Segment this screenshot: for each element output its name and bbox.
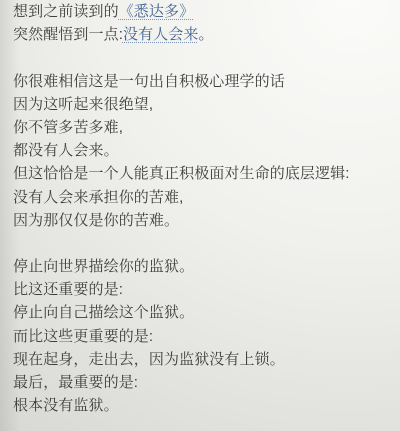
text-line: 最后，最重要的是:: [13, 371, 394, 394]
text-segment: 想到之前读到的: [13, 3, 119, 20]
text-segment: 停止向自己描绘这个监狱。: [13, 304, 194, 321]
text-segment: 现在起身，走出去，因为监狱没有上锁。: [13, 351, 285, 368]
dotted-underline-link[interactable]: 没有人会来: [123, 26, 199, 43]
text-line: 停止向世界描绘你的监狱。: [13, 255, 394, 278]
text-segment: 因为这听起来很绝望,: [13, 96, 153, 113]
text-line: 停止向自己描绘这个监狱。: [13, 301, 394, 324]
text-line: 没有人会来承担你的苦难,: [13, 186, 394, 209]
text-segment: 没有人会来承担你的苦难,: [13, 189, 183, 206]
text-segment: 比这还重要的是:: [13, 281, 123, 298]
text-line: 都没有人会来。: [13, 139, 394, 162]
text-line: 而比这些更重要的是:: [13, 325, 394, 348]
text-segment: 停止向世界描绘你的监狱。: [13, 258, 194, 275]
text-line: 突然醒悟到一点:没有人会来。: [13, 23, 394, 46]
text-segment: 你很难相信这是一句出自积极心理学的话: [13, 73, 285, 90]
text-line: 根本没有监狱。: [13, 394, 394, 417]
text-line: 现在起身，走出去，因为监狱没有上锁。: [13, 348, 394, 371]
text-line: 因为这听起来很绝望,: [13, 93, 394, 116]
text-segment: 。: [198, 26, 213, 43]
text-line: 因为那仅仅是你的苦难。: [13, 209, 394, 232]
paragraph: 你很难相信这是一句出自积极心理学的话因为这听起来很绝望,你不管多苦多难,都没有人…: [13, 70, 394, 232]
text-line: 你很难相信这是一句出自积极心理学的话: [13, 70, 394, 93]
paragraph: 想到之前读到的《悉达多》突然醒悟到一点:没有人会来。: [13, 0, 394, 46]
text-segment: 但这恰恰是一个人能真正积极面对生命的底层逻辑:: [13, 165, 349, 182]
screenshot-root: 想到之前读到的《悉达多》突然醒悟到一点:没有人会来。你很难相信这是一句出自积极心…: [0, 0, 400, 431]
text-segment: 你不管多苦多难,: [13, 119, 123, 136]
text-segment: 根本没有监狱。: [13, 397, 119, 414]
text-segment: 而比这些更重要的是:: [13, 328, 153, 345]
quote-text-body: 想到之前读到的《悉达多》突然醒悟到一点:没有人会来。你很难相信这是一句出自积极心…: [13, 0, 394, 417]
dotted-underline-link[interactable]: 《悉达多》: [119, 3, 195, 20]
text-line: 你不管多苦多难,: [13, 116, 394, 139]
text-segment: 因为那仅仅是你的苦难。: [13, 212, 179, 229]
text-line: 比这还重要的是:: [13, 278, 394, 301]
text-line: 想到之前读到的《悉达多》: [13, 0, 394, 23]
text-segment: 最后，最重要的是:: [13, 374, 138, 391]
text-segment: 都没有人会来。: [13, 142, 119, 159]
text-segment: 突然醒悟到一点:: [13, 26, 123, 43]
paragraph: 停止向世界描绘你的监狱。比这还重要的是:停止向自己描绘这个监狱。而比这些更重要的…: [13, 255, 394, 417]
text-line: 但这恰恰是一个人能真正积极面对生命的底层逻辑:: [13, 162, 394, 185]
